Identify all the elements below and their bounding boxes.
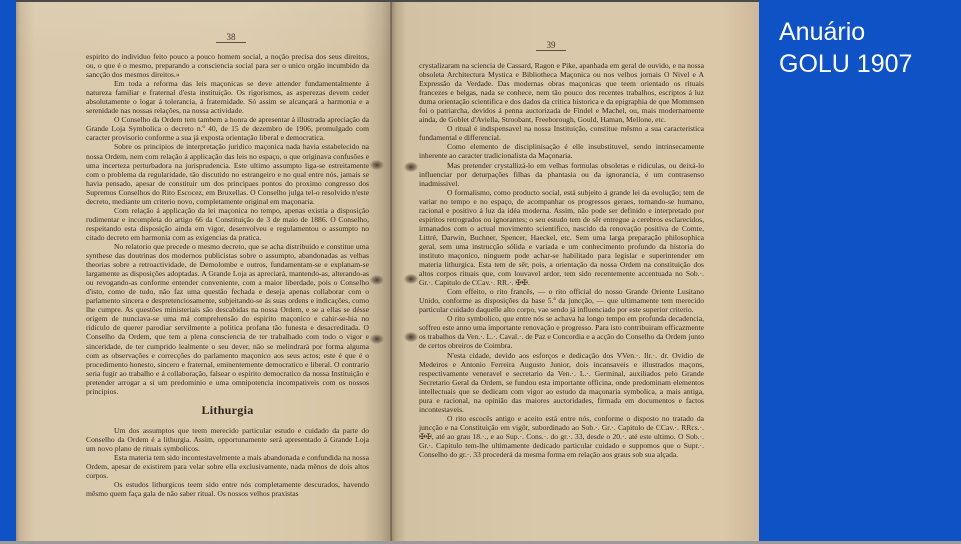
paragraph: O rito symbolico, que entre nós se achav… xyxy=(419,314,704,350)
paragraph: O Conselho da Ordem tem tambem a honra d… xyxy=(86,115,369,142)
title-panel: Anuário GOLU 1907 xyxy=(759,0,961,541)
paragraph: Em toda a reforma das leis maçonicas se … xyxy=(86,79,369,115)
paragraph: espirito do individuo feito pouco a pouc… xyxy=(86,52,369,79)
right-page: 39 crystalizaram na sciencia de Cassard,… xyxy=(392,2,759,541)
paragraph: Mas pretender crystallizá-lo em velhas f… xyxy=(419,161,704,188)
paragraph: O formalismo, como producto social, está… xyxy=(419,188,704,288)
binding-hole xyxy=(404,332,418,342)
left-page-body: espirito do individuo feito pouco a pouc… xyxy=(86,52,369,396)
right-page-number: 39 xyxy=(536,40,566,51)
document-title: Anuário GOLU 1907 xyxy=(779,16,912,80)
left-page-number: 38 xyxy=(216,32,246,43)
binding-hole xyxy=(370,275,384,285)
paragraph: Com effeito, o rito francês, — o rito of… xyxy=(419,287,704,314)
left-blue-strip xyxy=(0,0,16,541)
paragraph: Esta materia tem sido incontestavelmente… xyxy=(86,453,369,480)
paragraph: O ritual é indispensavel na nossa Instit… xyxy=(419,124,704,142)
binding-hole xyxy=(404,274,418,284)
paragraph: Com relação á applicação da lei maçonica… xyxy=(86,206,369,242)
paragraph: Como elemento de disciplinisação é elle … xyxy=(419,142,704,160)
paragraph: O rito escocês antigo e aceito está entr… xyxy=(419,414,704,459)
left-page-body-after-heading: Um dos assumptos que teem merecido parti… xyxy=(86,426,369,498)
title-line-1: Anuário xyxy=(779,16,912,48)
paragraph: crystalizaram na sciencia de Cassard, Ra… xyxy=(419,61,704,124)
section-heading-lithurgia: Lithurgia xyxy=(86,403,369,418)
paragraph: Os estudos lithurgicos teem sido entre n… xyxy=(86,480,369,498)
binding-hole xyxy=(370,334,384,344)
paragraph: N'esta cidade, devido aos esforços e ded… xyxy=(419,351,704,414)
binding-hole xyxy=(404,162,418,172)
book-scan: 38 espirito do individuo feito pouco a p… xyxy=(16,2,759,541)
paragraph: Um dos assumptos que teem merecido parti… xyxy=(86,426,369,453)
title-line-2: GOLU 1907 xyxy=(779,48,912,80)
right-page-body: crystalizaram na sciencia de Cassard, Ra… xyxy=(419,61,704,459)
binding-hole xyxy=(370,160,384,170)
paragraph: Sobre os principios de interpretação jur… xyxy=(86,142,369,205)
left-page: 38 espirito do individuo feito pouco a p… xyxy=(16,2,392,541)
paragraph: No relatorio que precede o mesmo decreto… xyxy=(86,242,369,396)
